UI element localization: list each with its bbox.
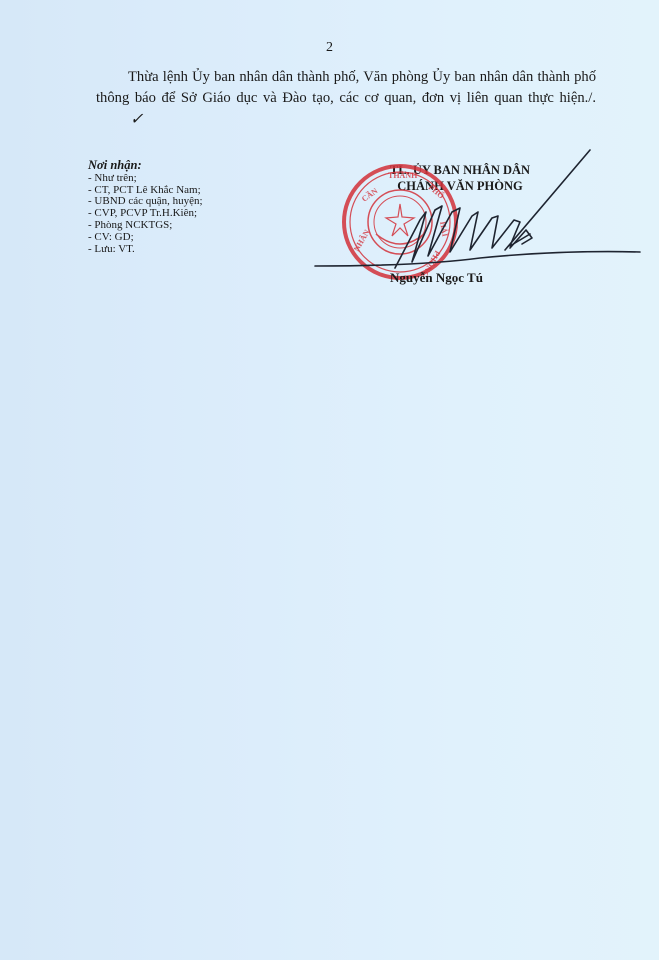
recipient-item: - Phòng NCKTGS; xyxy=(88,220,203,232)
recipient-item: - Như trên; xyxy=(88,173,203,185)
recipient-item: - Lưu: VT. xyxy=(88,244,203,256)
handwritten-signature-icon xyxy=(300,140,659,290)
check-mark-icon: ✓ xyxy=(98,109,143,130)
body-paragraph: Thừa lệnh Ủy ban nhân dân thành phố, Văn… xyxy=(96,67,596,131)
recipients-title: Nơi nhận: xyxy=(88,160,203,172)
page-number: 2 xyxy=(0,40,659,56)
recipient-item: - CV: GD; xyxy=(88,232,203,244)
body-paragraph-text: Thừa lệnh Ủy ban nhân dân thành phố, Văn… xyxy=(96,69,596,106)
signer-name: Nguyễn Ngọc Tú xyxy=(390,270,483,286)
recipients-list: Nơi nhận: - Như trên; - CT, PCT Lê Khắc … xyxy=(88,160,203,255)
